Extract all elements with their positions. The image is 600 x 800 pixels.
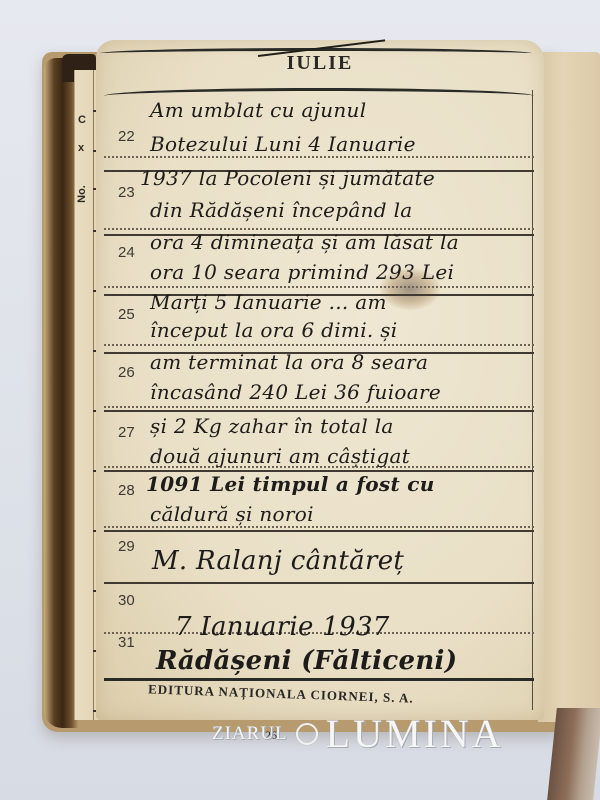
right-margin-line	[532, 90, 533, 710]
place-line: Rădășeni (Fălticeni)	[156, 646, 457, 676]
watermark-name: LUMINA	[326, 710, 504, 757]
day-number: 26	[118, 364, 135, 381]
facing-page-edge	[538, 52, 600, 722]
handwritten-line: din Rădășeni începând la	[150, 198, 412, 222]
handwritten-line: ora 4 dimineața și am lăsat la	[150, 230, 459, 254]
month-header: IULIE	[200, 52, 440, 75]
diary-photo: C x No. IULIE 22 23 24 25 26 27 28	[0, 0, 600, 800]
day-number: 31	[118, 634, 135, 651]
handwritten-line: Botezului Luni 4 Ianuarie	[150, 132, 416, 156]
ruler-label-c: C	[78, 114, 86, 126]
handwritten-line: căldură și noroi	[150, 502, 314, 526]
handwritten-line: 1937 la Pocoleni și jumătate	[140, 166, 435, 190]
day-number: 22	[118, 128, 135, 145]
handwritten-line: Marți 5 Ianuarie ... am	[150, 290, 387, 314]
watermark-emblem-icon	[296, 723, 318, 745]
handwritten-line: Am umblat cu ajunul	[150, 98, 366, 122]
signature-line: M. Ralanj cântăreț	[152, 546, 404, 576]
bookmark-ribbon	[547, 708, 600, 800]
handwritten-line: am terminat la ora 8 seara	[150, 350, 428, 374]
handwritten-line: și 2 Kg zahar în total la	[150, 414, 394, 438]
day-number: 30	[118, 592, 135, 609]
date-line: 7 Ianuarie 1937	[175, 612, 390, 642]
handwritten-line: început la ora 6 dimi. și	[150, 318, 397, 342]
handwritten-line: ora 10 seara primind 293 Lei	[150, 260, 454, 284]
day-number: 25	[118, 306, 135, 323]
day-number: 27	[118, 424, 135, 441]
watermark: ZIARUL LUMINA	[212, 710, 504, 757]
ruler-label-x: x	[78, 142, 84, 154]
handwritten-line: 1091 Lei timpul a fost cu	[146, 472, 435, 496]
watermark-prefix: ZIARUL	[212, 723, 288, 745]
handwritten-line: două ajunuri am câștigat	[150, 444, 410, 468]
book-spine	[44, 58, 78, 728]
day-number: 23	[118, 184, 135, 201]
ruler-label-no: No.	[76, 185, 88, 203]
handwritten-line: încasând 240 Lei 36 fuioare	[150, 380, 441, 404]
day-number: 28	[118, 482, 135, 499]
day-number: 24	[118, 244, 135, 261]
day-number: 29	[118, 538, 135, 555]
